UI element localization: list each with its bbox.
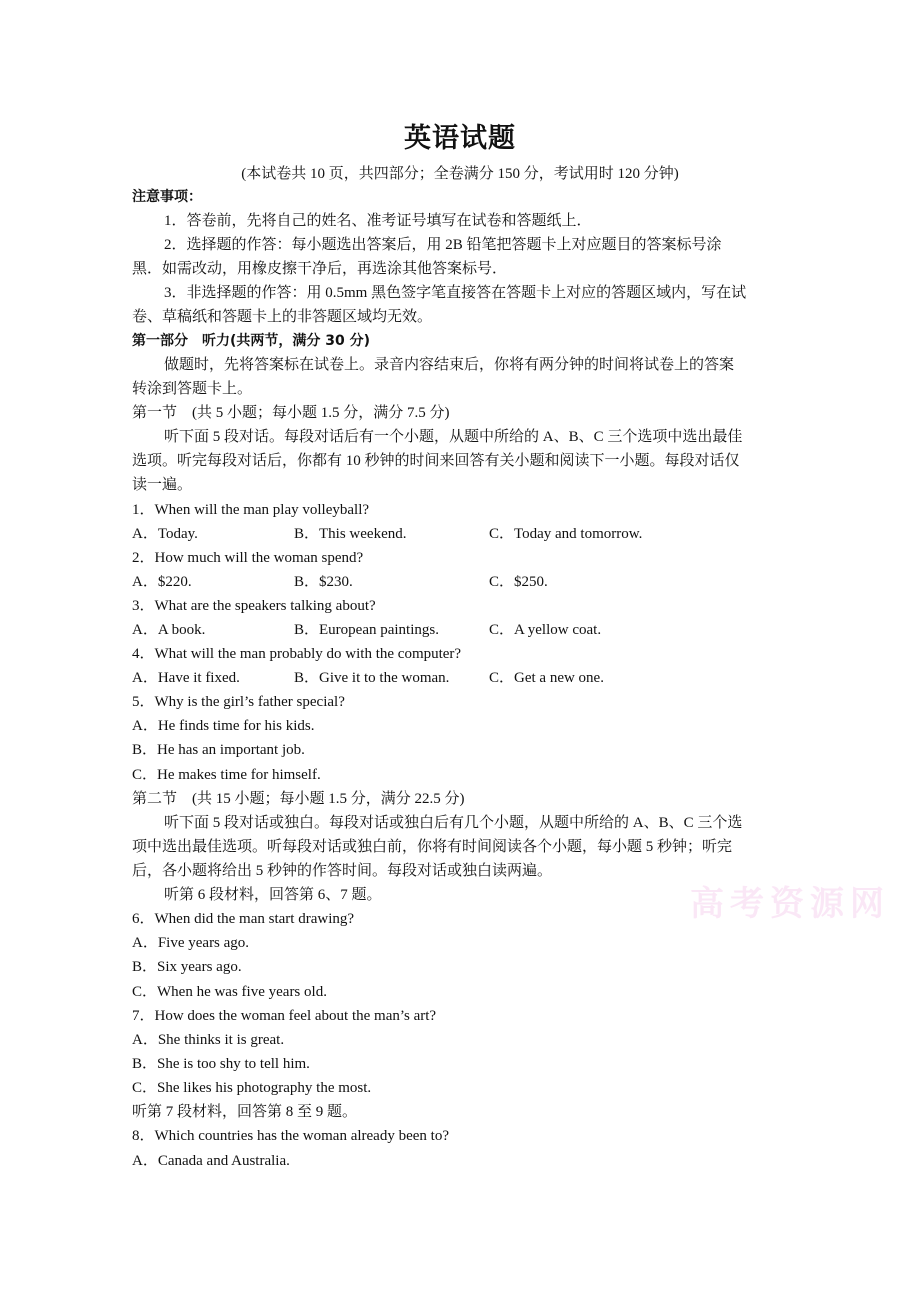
material-7-instruction: 听第 7 段材料，回答第 8 至 9 题。 — [132, 1102, 357, 1122]
notice-3: 3．非选择题的作答：用 0.5mm 黑色签字笔直接答在答题卡上对应的答题区域内，… — [164, 283, 746, 303]
q7-option-b: B．She is too shy to tell him. — [132, 1054, 310, 1074]
page-title: 英语试题 — [0, 116, 920, 155]
question-7: 7．How does the woman feel about the man’… — [132, 1006, 436, 1026]
notice-1: 1．答卷前，先将自己的姓名、准考证号填写在试卷和答题纸上． — [164, 211, 592, 231]
q2-option-c: C．$250. — [489, 572, 548, 592]
q4-option-b: B．Give it to the woman. — [294, 668, 449, 688]
question-1: 1．When will the man play volleyball? — [132, 500, 369, 520]
part1-intro-2: 转涂到答题卡上。 — [132, 379, 252, 399]
material-6-instruction: 听第 6 段材料，回答第 6、7 题。 — [164, 885, 382, 905]
question-3: 3．What are the speakers talking about? — [132, 596, 376, 616]
notice-heading: 注意事项： — [132, 187, 202, 207]
q7-option-a: A．She thinks it is great. — [132, 1030, 284, 1050]
page-subtitle: (本试卷共 10 页，共四部分；全卷满分 150 分，考试用时 120 分钟) — [0, 162, 920, 183]
section1-intro-1: 听下面 5 段对话。每段对话后有一个小题，从题中所给的 A、B、C 三个选项中选… — [164, 427, 742, 447]
section2-intro-1: 听下面 5 段对话或独白。每段对话或独白后有几个小题，从题中所给的 A、B、C … — [164, 813, 742, 833]
q2-option-a: A．$220. — [132, 572, 192, 592]
question-2: 2．How much will the woman spend? — [132, 548, 363, 568]
watermark: 高考资源网 — [690, 876, 890, 925]
notice-2: 2．选择题的作答：每小题选出答案后，用 2B 铅笔把答题卡上对应题目的答案标号涂 — [164, 235, 722, 255]
q1-option-c: C．Today and tomorrow. — [489, 524, 642, 544]
q7-option-c: C．She likes his photography the most. — [132, 1078, 371, 1098]
q1-option-a: A．Today. — [132, 524, 198, 544]
q3-option-b: B．European paintings. — [294, 620, 439, 640]
q4-option-c: C．Get a new one. — [489, 668, 604, 688]
question-5: 5．Why is the girl’s father special? — [132, 692, 345, 712]
section2-heading: 第二节 (共 15 小题；每小题 1.5 分，满分 22.5 分) — [132, 789, 465, 809]
q2-option-b: B．$230. — [294, 572, 353, 592]
q4-option-a: A．Have it fixed. — [132, 668, 240, 688]
q5-option-a: A．He finds time for his kids. — [132, 716, 314, 736]
q6-option-b: B．Six years ago. — [132, 957, 242, 977]
section1-intro-2: 选项。听完每段对话后，你都有 10 秒钟的时间来回答有关小题和阅读下一小题。每段… — [132, 451, 740, 471]
notice-3-cont: 卷、草稿纸和答题卡上的非答题区域均无效。 — [132, 307, 432, 327]
part1-intro-1: 做题时，先将答案标在试卷上。录音内容结束后，你将有两分钟的时间将试卷上的答案 — [164, 355, 734, 375]
q5-option-b: B．He has an important job. — [132, 740, 305, 760]
exam-page: 英语试题 (本试卷共 10 页，共四部分；全卷满分 150 分，考试用时 120… — [0, 0, 920, 1302]
q5-option-c: C．He makes time for himself. — [132, 765, 321, 785]
section2-intro-2: 项中选出最佳选项。听每段对话或独白前，你将有时间阅读各个小题，每小题 5 秒钟；… — [132, 837, 732, 857]
question-4: 4．What will the man probably do with the… — [132, 644, 461, 664]
section1-heading: 第一节 (共 5 小题；每小题 1.5 分，满分 7.5 分) — [132, 403, 450, 423]
q6-option-c: C．When he was five years old. — [132, 982, 327, 1002]
q3-option-c: C．A yellow coat. — [489, 620, 601, 640]
question-8: 8．Which countries has the woman already … — [132, 1126, 449, 1146]
q8-option-a: A．Canada and Australia. — [132, 1151, 290, 1171]
part1-heading: 第一部分 听力(共两节，满分 30 分) — [132, 331, 370, 351]
q3-option-a: A．A book. — [132, 620, 205, 640]
q6-option-a: A．Five years ago. — [132, 933, 249, 953]
question-6: 6．When did the man start drawing? — [132, 909, 354, 929]
section2-intro-3: 后，各小题将给出 5 秒钟的作答时间。每段对话或独白读两遍。 — [132, 861, 552, 881]
notice-2-cont: 黑．如需改动，用橡皮擦干净后，再选涂其他答案标号． — [132, 259, 507, 279]
q1-option-b: B．This weekend. — [294, 524, 406, 544]
section1-intro-3: 读一遍。 — [132, 475, 192, 495]
